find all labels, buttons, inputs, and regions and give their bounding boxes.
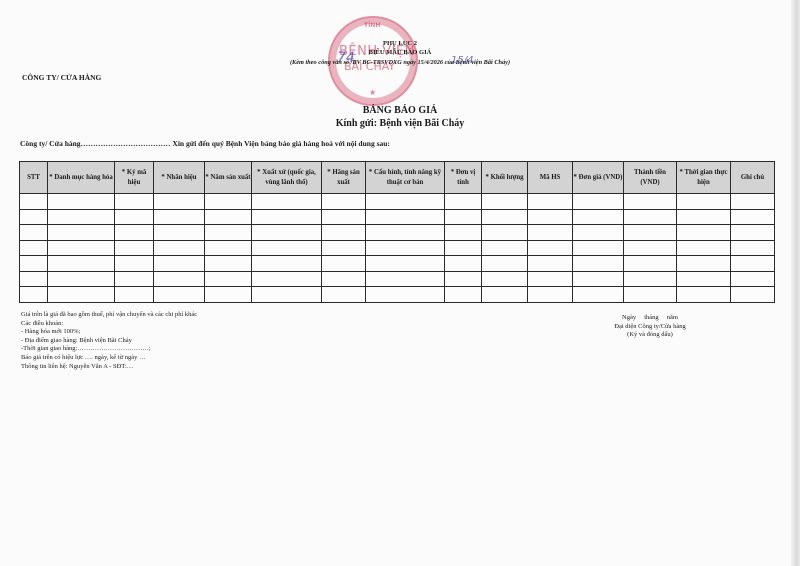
table-cell[interactable] <box>20 256 48 272</box>
table-cell[interactable] <box>573 271 624 287</box>
column-header: Ghi chú <box>731 162 775 194</box>
table-cell[interactable] <box>154 240 205 256</box>
table-cell[interactable] <box>624 271 677 287</box>
table-cell[interactable] <box>528 240 573 256</box>
table-cell[interactable] <box>252 240 322 256</box>
column-header: * Hãng sản xuất <box>322 162 366 194</box>
table-cell[interactable] <box>731 256 775 272</box>
table-cell[interactable] <box>482 271 528 287</box>
table-cell[interactable] <box>445 256 482 272</box>
table-cell[interactable] <box>115 194 154 210</box>
table-cell[interactable] <box>252 209 322 225</box>
table-cell[interactable] <box>677 287 731 303</box>
table-cell[interactable] <box>366 271 445 287</box>
table-cell[interactable] <box>252 256 322 272</box>
signature-instruction: (Ký và đóng dấu) <box>590 331 710 340</box>
table-header-row: STT* Danh mục hàng hóa* Ký mã hiệu* Nhãn… <box>20 162 775 194</box>
column-header: STT <box>20 162 48 194</box>
table-cell[interactable] <box>48 240 115 256</box>
table-cell[interactable] <box>252 225 322 241</box>
table-cell[interactable] <box>205 209 252 225</box>
table-cell[interactable] <box>154 271 205 287</box>
table-cell[interactable] <box>573 256 624 272</box>
column-header: * Danh mục hàng hóa <box>48 162 115 194</box>
table-cell[interactable] <box>624 256 677 272</box>
table-cell[interactable] <box>48 194 115 210</box>
note-delivery-location: - Địa điểm giao hàng: Bệnh viện Bãi Cháy <box>21 337 197 346</box>
table-cell[interactable] <box>154 287 205 303</box>
table-cell[interactable] <box>528 256 573 272</box>
table-cell[interactable] <box>252 194 322 210</box>
table-body <box>20 194 775 303</box>
table-cell[interactable] <box>573 240 624 256</box>
table-cell[interactable] <box>154 256 205 272</box>
table-cell[interactable] <box>445 271 482 287</box>
table-cell[interactable] <box>20 287 48 303</box>
table-cell[interactable] <box>677 271 731 287</box>
table-cell[interactable] <box>115 256 154 272</box>
company-heading: CÔNG TY/ CỬA HÀNG <box>22 73 101 82</box>
table-cell[interactable] <box>115 287 154 303</box>
table-cell[interactable] <box>573 209 624 225</box>
table-cell[interactable] <box>48 225 115 241</box>
table-cell[interactable] <box>366 287 445 303</box>
signature-role: Đại diện Công ty/Cửa hàng <box>590 323 710 332</box>
table-row <box>20 194 775 210</box>
column-header: * Đơn vị tính <box>445 162 482 194</box>
table-cell[interactable] <box>731 225 775 241</box>
table-cell[interactable] <box>115 225 154 241</box>
table-cell[interactable] <box>115 271 154 287</box>
table-cell[interactable] <box>624 209 677 225</box>
table-cell[interactable] <box>677 240 731 256</box>
table-cell[interactable] <box>731 194 775 210</box>
table-row <box>20 271 775 287</box>
table-cell[interactable] <box>154 194 205 210</box>
table-cell[interactable] <box>205 256 252 272</box>
table-cell[interactable] <box>528 194 573 210</box>
column-header: * Khối lượng <box>482 162 528 194</box>
table-cell[interactable] <box>366 194 445 210</box>
table-cell[interactable] <box>482 287 528 303</box>
column-header: * Năm sản xuất <box>205 162 252 194</box>
table-cell[interactable] <box>445 194 482 210</box>
attachment-note: (Kèm theo công văn số /BV BC-TRSVDXG ngà… <box>0 59 800 66</box>
table-cell[interactable] <box>366 240 445 256</box>
table-cell[interactable] <box>20 209 48 225</box>
table-cell[interactable] <box>445 225 482 241</box>
table-cell[interactable] <box>731 209 775 225</box>
table-cell[interactable] <box>677 256 731 272</box>
scan-edge <box>791 0 800 566</box>
table-cell[interactable] <box>624 194 677 210</box>
table-row <box>20 240 775 256</box>
table-cell[interactable] <box>677 225 731 241</box>
note-new-goods: - Hàng hóa mới 100%; <box>21 328 197 337</box>
table-cell[interactable] <box>322 225 366 241</box>
table-row <box>20 256 775 272</box>
document-title: BẢNG BÁO GIÁ <box>0 105 800 116</box>
table-cell[interactable] <box>624 225 677 241</box>
table-cell[interactable] <box>677 209 731 225</box>
table-cell[interactable] <box>366 209 445 225</box>
note-price: Giá trên là giá đã bao gồm thuế, phí vận… <box>21 311 197 320</box>
table-cell[interactable] <box>48 287 115 303</box>
intro-line: Công ty/ Cửa hàng……………………………… Xin gửi đế… <box>20 139 390 148</box>
signature-date-line: Ngày tháng năm <box>590 314 710 323</box>
table-cell[interactable] <box>322 271 366 287</box>
table-cell[interactable] <box>482 225 528 241</box>
table-cell[interactable] <box>624 240 677 256</box>
table-cell[interactable] <box>252 271 322 287</box>
note-terms-heading: Các điều khoản: <box>21 320 197 329</box>
table-row <box>20 209 775 225</box>
column-header: * Ký mã hiệu <box>115 162 154 194</box>
note-validity: Báo giá trên có hiệu lực …. ngày, kể từ … <box>21 354 197 363</box>
column-header: * Nhãn hiệu <box>154 162 205 194</box>
table-cell[interactable] <box>482 240 528 256</box>
table-cell[interactable] <box>322 287 366 303</box>
table-cell[interactable] <box>482 256 528 272</box>
table-cell[interactable] <box>573 194 624 210</box>
stamp-top-text: TỈNH <box>364 22 380 29</box>
table-cell[interactable] <box>624 287 677 303</box>
table-row <box>20 287 775 303</box>
table-cell[interactable] <box>205 287 252 303</box>
table-cell[interactable] <box>445 240 482 256</box>
form-label: BIỂU MẪU BÁO GIÁ <box>0 49 800 56</box>
greeting: Kính gửi: Bệnh viện Bãi Cháy <box>0 118 800 129</box>
stamp-star-icon: ★ <box>369 88 376 97</box>
table-cell[interactable] <box>20 240 48 256</box>
table-cell[interactable] <box>48 256 115 272</box>
quotation-table: STT* Danh mục hàng hóa* Ký mã hiệu* Nhãn… <box>19 161 775 303</box>
column-header: * Xuất xứ (quốc gia, vùng lãnh thổ) <box>252 162 322 194</box>
table-cell[interactable] <box>252 287 322 303</box>
table-cell[interactable] <box>20 225 48 241</box>
table-cell[interactable] <box>205 240 252 256</box>
column-header: * Cấu hình, tính năng kỹ thuật cơ bản <box>366 162 445 194</box>
table-cell[interactable] <box>528 225 573 241</box>
table-cell[interactable] <box>205 194 252 210</box>
table-cell[interactable] <box>573 225 624 241</box>
table-cell[interactable] <box>322 240 366 256</box>
note-delivery-time: -Thời gian giao hàng:……………………………; <box>21 345 197 354</box>
table-cell[interactable] <box>115 240 154 256</box>
table-cell[interactable] <box>322 209 366 225</box>
table-cell[interactable] <box>154 225 205 241</box>
table-cell[interactable] <box>445 287 482 303</box>
handwritten-date: 15/4 <box>451 55 473 66</box>
table-cell[interactable] <box>731 240 775 256</box>
terms-notes: Giá trên là giá đã bao gồm thuế, phí vận… <box>21 311 197 371</box>
table-cell[interactable] <box>322 256 366 272</box>
table-row <box>20 225 775 241</box>
table-cell[interactable] <box>482 209 528 225</box>
column-header: Mã HS <box>528 162 573 194</box>
column-header: Thành tiền (VND) <box>624 162 677 194</box>
table-cell[interactable] <box>20 271 48 287</box>
table-cell[interactable] <box>528 271 573 287</box>
table-cell[interactable] <box>528 209 573 225</box>
table-cell[interactable] <box>445 209 482 225</box>
table-cell[interactable] <box>366 225 445 241</box>
table-cell[interactable] <box>573 287 624 303</box>
column-header: * Đơn giá (VND) <box>573 162 624 194</box>
table-cell[interactable] <box>731 287 775 303</box>
appendix-label: PHỤ LỤC 2 <box>0 40 800 47</box>
signature-block: Ngày tháng năm Đại diện Công ty/Cửa hàng… <box>590 314 710 340</box>
table-cell[interactable] <box>731 271 775 287</box>
table-cell[interactable] <box>48 209 115 225</box>
table-cell[interactable] <box>322 194 366 210</box>
table-cell[interactable] <box>366 256 445 272</box>
table-cell[interactable] <box>482 194 528 210</box>
note-contact: Thông tin liên hệ: Nguyễn Văn A - SĐT:… <box>21 363 197 372</box>
table-cell[interactable] <box>205 271 252 287</box>
table-cell[interactable] <box>115 209 154 225</box>
table-cell[interactable] <box>48 271 115 287</box>
table-cell[interactable] <box>677 194 731 210</box>
handwritten-number: 74 <box>337 50 355 66</box>
column-header: * Thời gian thực hiện <box>677 162 731 194</box>
table-cell[interactable] <box>20 194 48 210</box>
table-cell[interactable] <box>205 225 252 241</box>
table-cell[interactable] <box>154 209 205 225</box>
table-cell[interactable] <box>528 287 573 303</box>
